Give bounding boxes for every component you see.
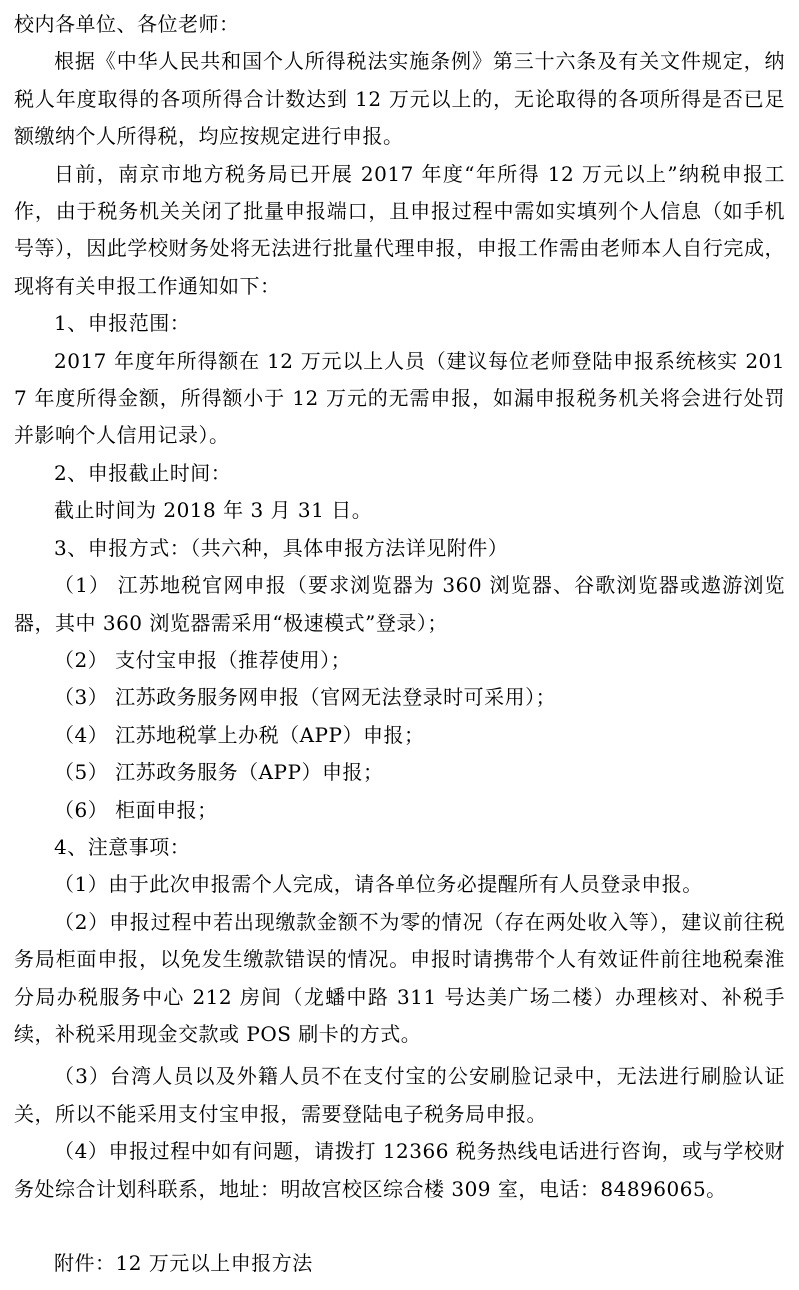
- section-4-item-2: （2）申报过程中若出现缴款金额不为零的情况（存在两处收入等），建议前往税务局柜面…: [14, 904, 785, 1054]
- section-3-heading: 3、申报方式：（共六种，具体申报方法详见附件）: [14, 530, 785, 567]
- section-1-heading: 1、申报范围：: [14, 305, 785, 342]
- intro-paragraph-1: 根据《中华人民共和国个人所得税法实施条例》第三十六条及有关文件规定，纳税人年度取…: [14, 43, 785, 155]
- section-3-item-6: （6） 柜面申报；: [14, 792, 785, 829]
- notice-document: 校内各单位、各位老师： 根据《中华人民共和国个人所得税法实施条例》第三十六条及有…: [0, 0, 799, 1290]
- section-2-body: 截止时间为 2018 年 3 月 31 日。: [14, 492, 785, 529]
- section-4-item-3: （3）台湾人员以及外籍人员不在支付宝的公安刷脸记录中，无法进行刷脸认证关，所以不…: [14, 1058, 785, 1133]
- section-3-item-3: （3） 江苏政务服务网申报（官网无法登录时可采用）；: [14, 679, 785, 716]
- section-3-item-4: （4） 江苏地税掌上办税（APP）申报；: [14, 717, 785, 754]
- section-4-item-1: （1）由于此次申报需个人完成，请各单位务必提醒所有人员登录申报。: [14, 866, 785, 903]
- attachment-line: 附件：12 万元以上申报方法: [14, 1245, 785, 1282]
- section-3-item-5: （5） 江苏政务服务（APP）申报；: [14, 754, 785, 791]
- salutation: 校内各单位、各位老师：: [14, 6, 785, 43]
- section-4-item-4: （4）申报过程中如有问题，请拨打 12366 税务热线电话进行咨询，或与学校财务…: [14, 1133, 785, 1208]
- section-2-heading: 2、申报截止时间：: [14, 455, 785, 492]
- section-4-heading: 4、注意事项：: [14, 829, 785, 866]
- section-3-item-2: （2） 支付宝申报（推荐使用）；: [14, 642, 785, 679]
- section-3-item-1: （1） 江苏地税官网申报（要求浏览器为 360 浏览器、谷歌浏览器或遨游浏览器，…: [14, 567, 785, 642]
- intro-paragraph-2: 日前，南京市地方税务局已开展 2017 年度“年所得 12 万元以上”纳税申报工…: [14, 156, 785, 306]
- section-1-body: 2017 年度年所得额在 12 万元以上人员（建议每位老师登陆申报系统核实 20…: [14, 343, 785, 455]
